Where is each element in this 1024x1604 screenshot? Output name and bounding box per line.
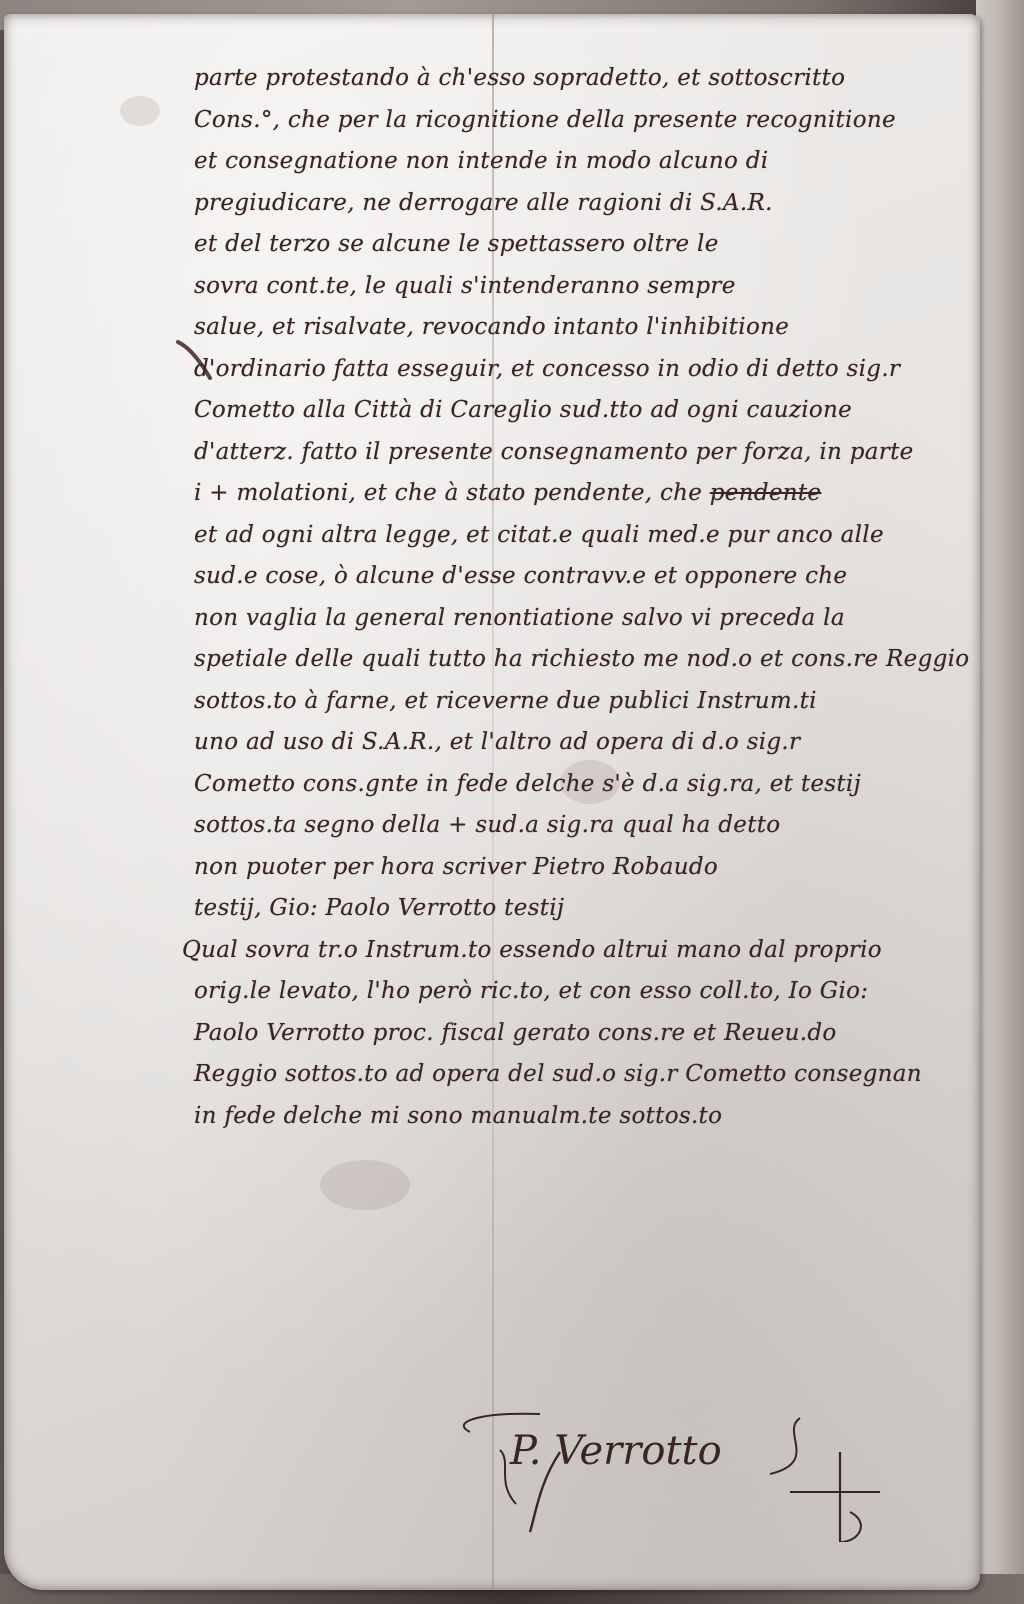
manuscript-line-23: orig.le levato, l'ho però ric.to, et con… [194, 971, 984, 1013]
manuscript-line-26: in fede delche mi sono manualm.te sottos… [194, 1096, 984, 1138]
signature-name: P. Verrotto [510, 1428, 722, 1474]
manuscript-line-1: parte protestando à ch'esso sopradetto, … [194, 58, 984, 100]
manuscript-line-12: et ad ogni altra legge, et citat.e quali… [194, 515, 984, 557]
manuscript-line-22: Qual sovra tr.o Instrum.to essendo altru… [182, 930, 984, 972]
manuscript-line-14: non vaglia la general renontiatione salv… [194, 598, 984, 640]
manuscript-line-25: Reggio sottos.to ad opera del sud.o sig.… [194, 1054, 984, 1096]
manuscript-line-15: spetiale delle quali tutto ha richiesto … [194, 639, 984, 681]
manuscript-line-11: i + molationi, et che à stato pendente, … [194, 473, 984, 515]
signature: P. Verrotto [440, 1392, 900, 1542]
manuscript-line-18: Cometto cons.gnte in fede delche s'è d.a… [194, 764, 984, 806]
manuscript-line-2: Cons.°, che per la ricognitione della pr… [194, 100, 984, 142]
manuscript-line-20: non puoter per hora scriver Pietro Robau… [194, 847, 984, 889]
manuscript-line-16: sottos.to à farne, et riceverne due publ… [194, 681, 984, 723]
manuscript-line-19: sottos.ta segno della + sud.a sig.ra qua… [194, 805, 984, 847]
manuscript-line-21: testij, Gio: Paolo Verrotto testij [194, 888, 984, 930]
manuscript-line-10: d'atterz. fatto il presente consegnament… [194, 432, 984, 474]
manuscript-line-3: et consegnatione non intende in modo alc… [194, 141, 984, 183]
manuscript-line-4: pregiudicare, ne derrogare alle ragioni … [194, 183, 984, 225]
manuscript-text: parte protestando à ch'esso sopradetto, … [194, 58, 984, 1137]
manuscript-line-5: et del terzo se alcune le spettassero ol… [194, 224, 984, 266]
manuscript-line-13: sud.e cose, ò alcune d'esse contravv.e e… [194, 556, 984, 598]
struck-word: pendente [710, 480, 822, 506]
manuscript-line-24: Paolo Verrotto proc. fiscal gerato cons.… [194, 1013, 984, 1055]
line-11-text: i + molationi, et che à stato pendente, … [194, 480, 702, 506]
manuscript-line-9: Cometto alla Città di Careglio sud.tto a… [194, 390, 984, 432]
paper-stain [320, 1160, 410, 1210]
manuscript-line-7: salue, et risalvate, revocando intanto l… [194, 307, 984, 349]
manuscript-line-17: uno ad uso di S.A.R., et l'altro ad oper… [194, 722, 984, 764]
manuscript-line-8: d'ordinario fatta esseguir, et concesso … [194, 349, 984, 391]
paper-stain [120, 96, 160, 126]
manuscript-line-6: sovra cont.te, le quali s'intenderanno s… [194, 266, 984, 308]
